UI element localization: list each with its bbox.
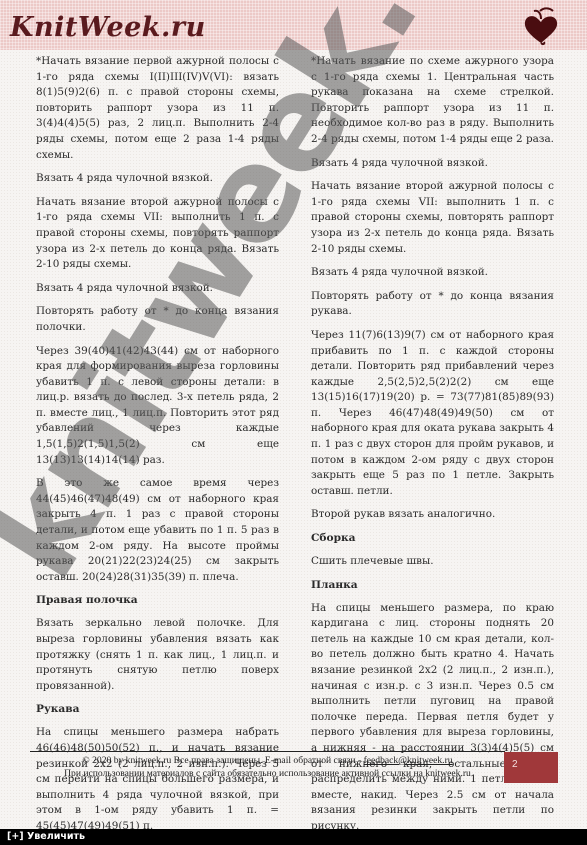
paragraph: Через 11(7)6(13)9(7) см от наборного кра… [311, 328, 554, 500]
page-number-badge: 2 [504, 752, 558, 783]
paragraph: Повторять работу от * до конца вязания р… [311, 289, 554, 320]
feedback-email-link[interactable]: feedback@knitweek.ru [364, 755, 453, 766]
paragraph: Второй рукав вязать аналогично. [311, 507, 554, 523]
paragraph: *Начать вязание первой ажурной полосы с … [36, 54, 279, 163]
paragraph: На спицы меньшего размера, по краю карди… [311, 601, 554, 835]
section-heading-assembly: Сборка [311, 531, 554, 546]
site-header: KnitWeek.ru [0, 0, 587, 50]
paragraph: Повторять работу от * до конца вязания п… [36, 304, 279, 335]
paragraph: Вязать 4 ряда чулочной вязкой. [311, 265, 554, 281]
section-heading-band: Планка [311, 578, 554, 593]
right-column: *Начать вязание по схеме ажурного узора … [311, 54, 554, 843]
paragraph: Начать вязание второй ажурной полосы с 1… [311, 179, 554, 257]
footer-copyright: © 2020 by knitweek.ru Все права защищены… [82, 755, 363, 766]
zoom-bar: [+] Увеличить [0, 829, 587, 845]
paragraph: Начать вязание второй ажурной полосы с 1… [36, 195, 279, 273]
footer: © 2020 by knitweek.ru Все права защищены… [30, 754, 505, 780]
footer-divider [30, 751, 505, 752]
paragraph: Через 39(40)41(42)43(44) см от наборного… [36, 344, 279, 469]
paragraph: Вязать 4 ряда чулочной вязкой. [36, 281, 279, 297]
zoom-in-link[interactable]: [+] Увеличить [7, 831, 85, 842]
footer-usage-notice: При использовании материалов с сайта обя… [30, 767, 505, 780]
section-heading-right-front: Правая полочка [36, 593, 279, 608]
paragraph: В это же самое время через 44(45)46(47)4… [36, 476, 279, 585]
section-heading-sleeves: Рукава [36, 702, 279, 717]
paragraph: Сшить плечевые швы. [311, 554, 554, 570]
paragraph: Вязать 4 ряда чулочной вязкой. [311, 156, 554, 172]
left-column: *Начать вязание первой ажурной полосы с … [36, 54, 279, 843]
heart-logo-icon [516, 3, 566, 47]
paragraph: *Начать вязание по схеме ажурного узора … [311, 54, 554, 148]
site-logo[interactable]: KnitWeek.ru [10, 12, 206, 43]
paragraph: Вязать зеркально левой полочке. Для выре… [36, 616, 279, 694]
footer-copyright-line: © 2020 by knitweek.ru Все права защищены… [30, 754, 505, 767]
paragraph: Вязать 4 ряда чулочной вязкой. [36, 171, 279, 187]
